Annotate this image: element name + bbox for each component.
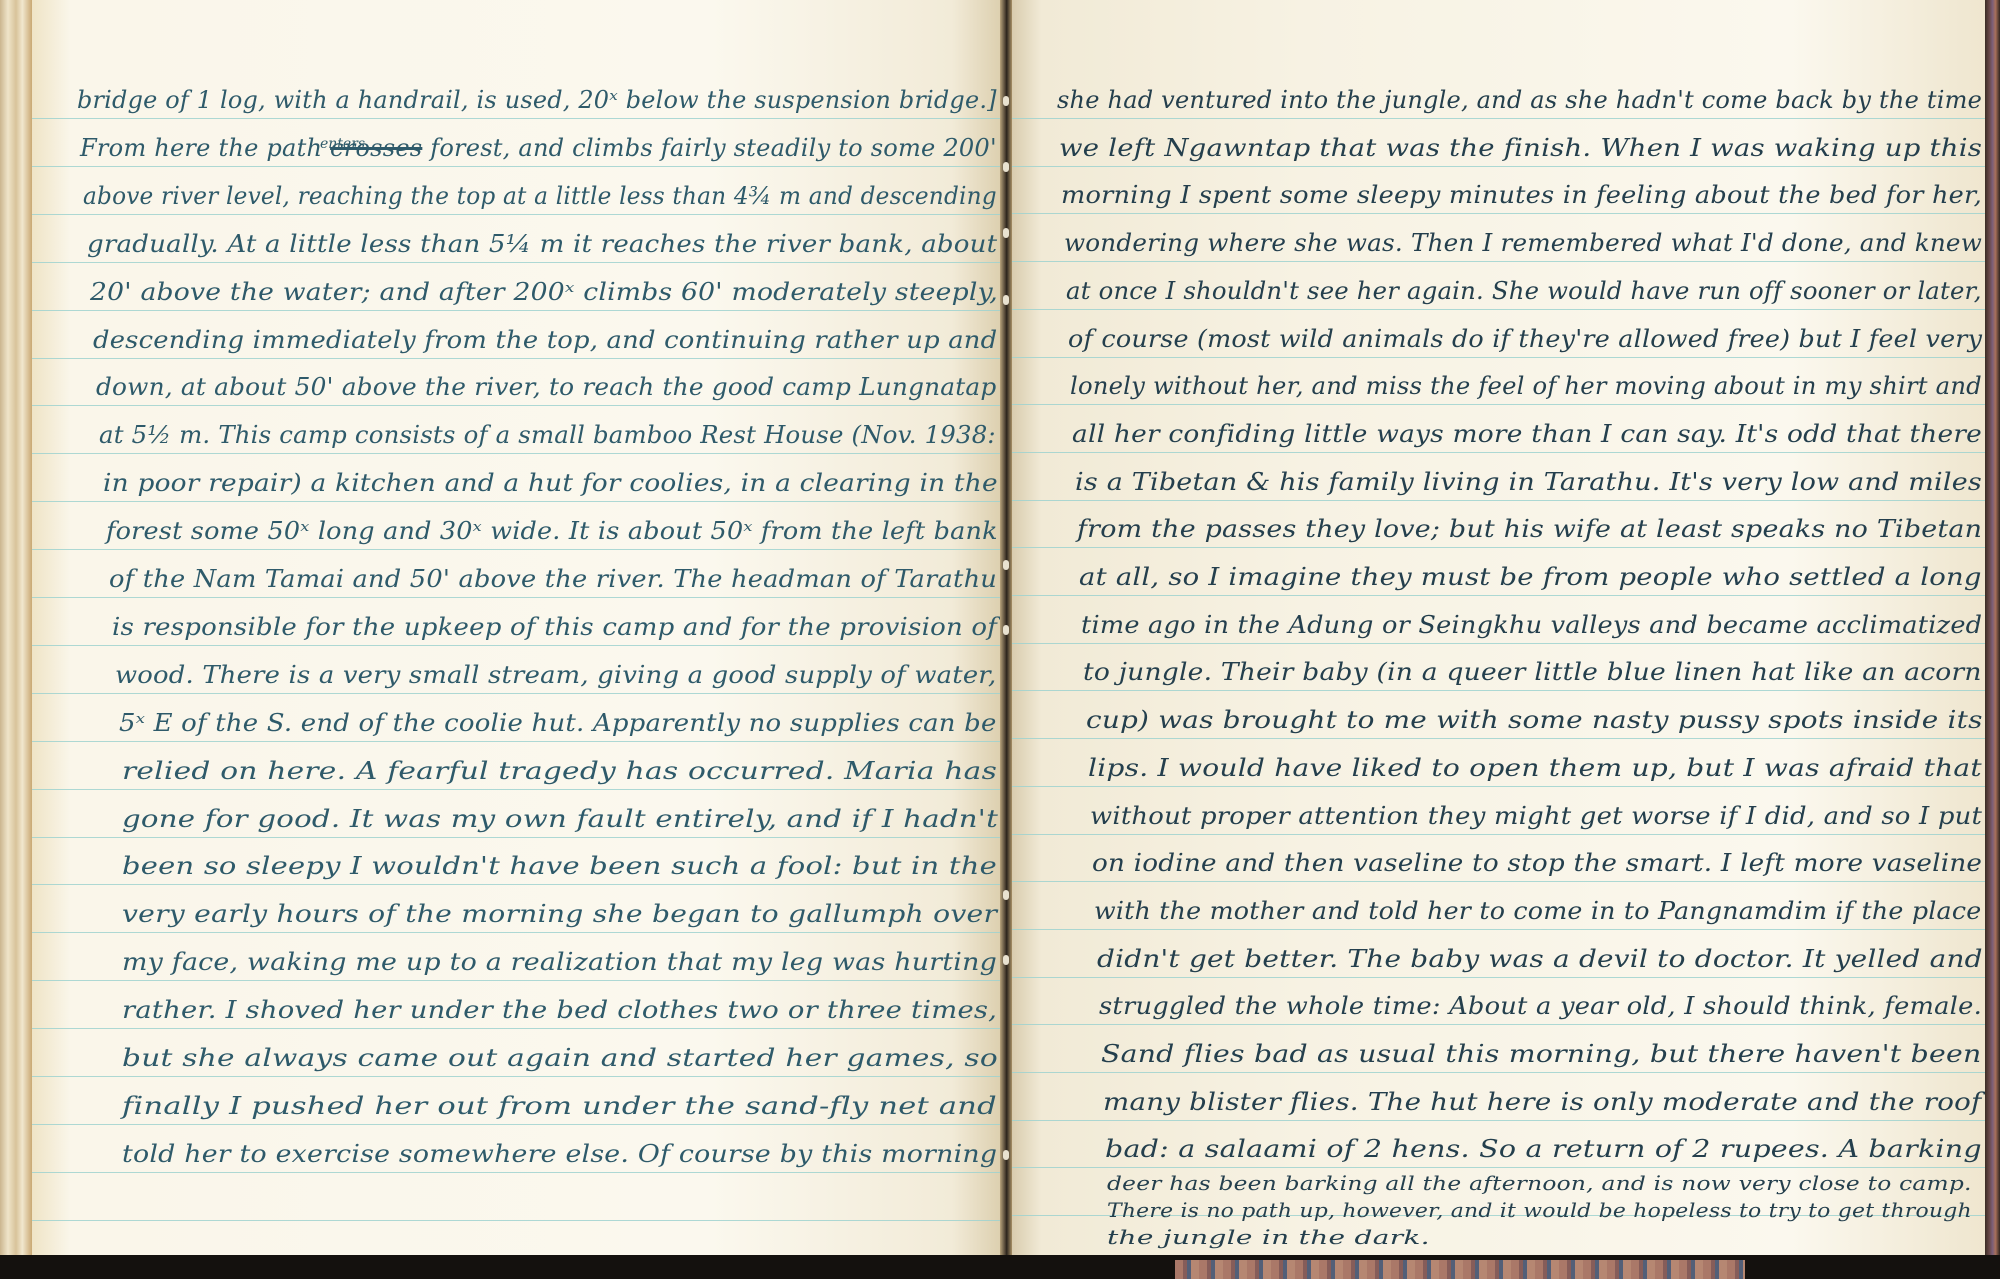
ruled-line <box>1012 595 1985 596</box>
ruled-line <box>1012 166 1985 167</box>
handwritten-line: many blister flies. The hut here is only… <box>1103 1088 1981 1116</box>
ruled-line <box>32 358 1000 359</box>
handwritten-line: from the passes they love; but his wife … <box>1077 515 1982 543</box>
ruled-line <box>1012 309 1985 310</box>
ruled-line <box>1012 834 1985 835</box>
handwritten-line: relied on here. A fearful tragedy has oc… <box>122 757 997 785</box>
ruled-line <box>32 1076 1000 1077</box>
ruled-line <box>1012 1167 1985 1168</box>
ruled-line <box>1012 690 1985 691</box>
handwritten-line-cramped: deer has been barking all the afternoon,… <box>1107 1171 1972 1195</box>
handwritten-line: finally I pushed her out from under the … <box>122 1092 997 1120</box>
ruled-line <box>1012 1024 1985 1025</box>
ruled-line <box>32 214 1000 215</box>
binding-stitch <box>1003 625 1009 635</box>
handwritten-line: told her to exercise somewhere else. Of … <box>122 1140 997 1168</box>
handwritten-line: at all, so I imagine they must be from p… <box>1079 563 1982 591</box>
handwritten-line: without proper attention they might get … <box>1090 802 1982 830</box>
handwritten-line: lips. I would have liked to open them up… <box>1088 754 1982 782</box>
handwritten-line: at once I shouldn't see her again. She w… <box>1066 277 1982 305</box>
handwritten-line: cup) was brought to me with some nasty p… <box>1086 706 1983 734</box>
ruled-line <box>32 837 1000 838</box>
handwritten-line: but she always came out again and starte… <box>122 1044 998 1072</box>
ruled-line <box>32 980 1000 981</box>
binding-stitch <box>1003 295 1009 305</box>
ruled-line <box>1012 786 1985 787</box>
ruled-line <box>32 741 1000 742</box>
handwritten-line: at 5½ m. This camp consists of a small b… <box>99 421 996 449</box>
ruled-line <box>32 932 1000 933</box>
handwritten-line: above river level, reaching the top at a… <box>83 182 997 210</box>
handwritten-line: all her confiding little ways more than … <box>1072 420 1982 448</box>
handwritten-line: of course (most wild animals do if they'… <box>1068 325 1982 353</box>
handwritten-line: 5ˣ E of the S. end of the coolie hut. Ap… <box>119 709 997 737</box>
ruled-line <box>1012 500 1985 501</box>
handwritten-line: wood. There is a very small stream, givi… <box>115 661 996 689</box>
handwritten-line: wondering where she was. Then I remember… <box>1064 229 1982 257</box>
page-stack-edge-left <box>0 0 32 1255</box>
handwritten-line: on iodine and then vaseline to stop the … <box>1092 849 1982 877</box>
ruled-line <box>1012 261 1985 262</box>
handwritten-line-cramped: There is no path up, however, and it wou… <box>1107 1198 1972 1222</box>
handwritten-line: my face, waking me up to a realization t… <box>122 948 997 976</box>
ruled-line <box>1012 881 1985 882</box>
ruled-line <box>32 1124 1000 1125</box>
handwritten-line: didn't get better. The baby was a devil … <box>1097 945 1983 973</box>
handwritten-line: to jungle. Their baby (in a queer little… <box>1083 658 1982 686</box>
ruled-line <box>32 884 1000 885</box>
ruled-line <box>32 453 1000 454</box>
ruled-line <box>1012 1072 1985 1073</box>
ruled-line <box>32 1028 1000 1029</box>
marbled-edge-right <box>1985 0 2000 1279</box>
ruled-line <box>1012 118 1985 119</box>
left-page: enters bridge of 1 log, with a handrail,… <box>32 0 1000 1255</box>
ruled-line <box>32 789 1000 790</box>
ruled-line <box>1012 1120 1985 1121</box>
ruled-line <box>1012 404 1985 405</box>
handwritten-line: descending immediately from the top, and… <box>93 326 997 354</box>
handwritten-line: in poor repair) a kitchen and a hut for … <box>103 469 998 497</box>
ruled-line <box>32 118 1000 119</box>
ruled-line <box>1012 213 1985 214</box>
handwritten-line: down, at about 50' above the river, to r… <box>96 373 996 401</box>
ruled-line <box>32 693 1000 694</box>
handwritten-line: been so sleepy I wouldn't have been such… <box>122 852 997 880</box>
handwritten-line: From here the path crosses forest, and c… <box>80 134 997 162</box>
ruled-line <box>1012 452 1985 453</box>
ruled-line <box>32 1220 1000 1221</box>
binding-stitch <box>1003 955 1009 965</box>
ruled-line <box>32 405 1000 406</box>
ruled-line <box>32 501 1000 502</box>
handwritten-line: struggled the whole time: About a year o… <box>1099 992 1982 1020</box>
struck-word: crosses <box>330 134 422 162</box>
binding-stitch <box>1003 162 1009 172</box>
handwritten-line: gone for good. It was my own fault entir… <box>122 805 998 833</box>
handwritten-line: morning I spent some sleepy minutes in f… <box>1061 181 1982 209</box>
handwritten-line: 20' above the water; and after 200ˣ clim… <box>90 278 998 306</box>
handwritten-line: she had ventured into the jungle, and as… <box>1057 86 1982 114</box>
handwritten-line: very early hours of the morning she bega… <box>122 900 997 928</box>
ruled-line <box>1012 357 1985 358</box>
ruled-line <box>1012 547 1985 548</box>
handwritten-line: lonely without her, and miss the feel of… <box>1070 372 1982 400</box>
handwritten-line: rather. I shoved her under the bed cloth… <box>122 996 997 1024</box>
ruled-line <box>32 597 1000 598</box>
binding-stitch <box>1003 890 1009 900</box>
journal-spread: enters bridge of 1 log, with a handrail,… <box>0 0 2000 1279</box>
binding-stitch <box>1003 228 1009 238</box>
ruled-line <box>32 1172 1000 1173</box>
handwritten-line: is responsible for the upkeep of this ca… <box>112 613 997 641</box>
binding-stitch <box>1003 96 1009 106</box>
ruled-line <box>32 166 1000 167</box>
handwritten-line: is a Tibetan & his family living in Tara… <box>1075 468 1982 496</box>
handwritten-line: of the Nam Tamai and 50' above the river… <box>109 565 997 593</box>
ruled-line <box>1012 977 1985 978</box>
handwritten-line: bad: a salaami of 2 hens. So a return of… <box>1105 1135 1982 1163</box>
handwritten-line: with the mother and told her to come in … <box>1094 897 1981 925</box>
ruled-line <box>1012 929 1985 930</box>
ruled-line <box>32 645 1000 646</box>
right-page: she had ventured into the jungle, and as… <box>1012 0 1985 1255</box>
ruled-line <box>32 310 1000 311</box>
handwritten-line: Sand flies bad as usual this morning, bu… <box>1101 1040 1981 1068</box>
ruled-line <box>32 549 1000 550</box>
ruled-line <box>1012 738 1985 739</box>
handwritten-line: bridge of 1 log, with a handrail, is use… <box>77 86 997 114</box>
handwritten-line-cramped: the jungle in the dark. <box>1107 1225 1430 1249</box>
ruled-line <box>32 262 1000 263</box>
marbled-endpaper-bottom <box>1175 1260 1745 1279</box>
handwritten-line: we left Ngawntap that was the finish. Wh… <box>1059 134 1982 162</box>
handwritten-line: forest some 50ˣ long and 30ˣ wide. It is… <box>106 517 998 545</box>
binding-stitch <box>1003 1150 1009 1160</box>
binding-stitch <box>1003 560 1009 570</box>
handwritten-line: time ago in the Adung or Seingkhu valley… <box>1081 611 1982 639</box>
handwritten-line: gradually. At a little less than 5¼ m it… <box>87 230 997 258</box>
ruled-line <box>1012 643 1985 644</box>
